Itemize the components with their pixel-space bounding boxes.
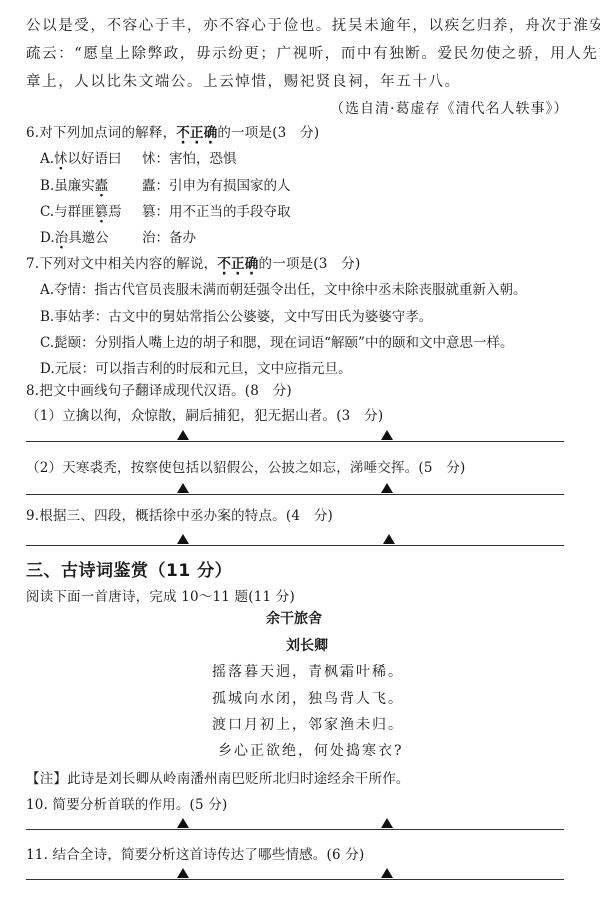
q7-option-b: B.事姑孝：古文中的舅姑常指公公婆婆，文中写田氏为婆婆守孝。 xyxy=(40,305,432,325)
answer-marker-icon xyxy=(177,868,189,878)
poem-note: 【注】此诗是刘长卿从岭南潘州南巴贬所北归时途经余干所作。 xyxy=(26,767,410,787)
poem-line-2: 孤城向水闭，独鸟背人飞。 xyxy=(212,688,404,708)
answer-line[interactable] xyxy=(26,545,564,546)
dotted-char: 怵 xyxy=(54,151,68,167)
q6-option-b-gloss: 蠹：引申为有损国家的人 xyxy=(142,174,291,194)
option-text: 虽廉实 xyxy=(54,178,95,194)
option-text: 具邀公 xyxy=(68,230,109,246)
option-label: A. xyxy=(40,151,54,167)
question-8-part-2: （2）天寒裘秃，按察使包括以貂假公，公披之如忘，涕唾交挥。(5 分) xyxy=(26,456,466,476)
poem-title: 余干旅舍 xyxy=(266,608,322,628)
dotted-char: 篡 xyxy=(95,204,109,220)
section-heading: 三、古诗词鉴赏（11 分） xyxy=(26,556,232,581)
answer-marker-icon xyxy=(381,483,393,493)
dotted-char: 治 xyxy=(55,230,69,246)
question-8: 8.把文中画线句子翻译成现代汉语。(8 分) xyxy=(26,379,292,399)
poem-line-1: 摇落暮天迥，青枫霜叶稀。 xyxy=(212,661,404,681)
q6-option-b: B.虽廉实蠹 xyxy=(40,174,108,194)
answer-marker-icon xyxy=(177,430,189,440)
answer-marker-icon xyxy=(381,818,393,828)
answer-marker-icon xyxy=(381,868,393,878)
q7-option-a: A.夺情：指古代官员丧服未满而朝廷强令出任，文中徐中丞未除丧服就重新入朝。 xyxy=(40,278,527,298)
answer-marker-icon xyxy=(177,483,189,493)
emphasis-char: 正 xyxy=(231,256,245,272)
question-7: 7.下列对文中相关内容的解说，不正确的一项是(3 分) xyxy=(26,252,360,272)
answer-marker-icon xyxy=(381,430,393,440)
q6-option-a: A.怵以好语曰 xyxy=(40,147,122,167)
emphasis-char: 不 xyxy=(176,125,190,141)
q6-option-d-gloss: 治：备办 xyxy=(142,226,196,246)
answer-line[interactable] xyxy=(26,441,564,442)
answer-line[interactable] xyxy=(26,494,564,495)
answer-line[interactable] xyxy=(26,829,564,830)
question-10: 10. 简要分析首联的作用。(5 分) xyxy=(26,793,227,813)
option-text: 与群匪 xyxy=(54,204,95,220)
emphasis-char: 不 xyxy=(217,256,231,272)
poem-line-3: 渡口月初上，邻家渔未归。 xyxy=(212,714,404,734)
answer-marker-icon xyxy=(383,534,395,544)
question-11: 11. 结合全诗，简要分析这首诗传达了哪些情感。(6 分) xyxy=(26,843,364,863)
option-text: 焉 xyxy=(108,204,122,220)
q6-option-c-gloss: 篡：用不正当的手段夺取 xyxy=(142,200,291,220)
question-6-suffix: 的一项是(3 分) xyxy=(217,125,319,141)
dotted-char: 蠹 xyxy=(95,178,109,194)
answer-marker-icon xyxy=(177,818,189,828)
answer-marker-icon xyxy=(177,534,189,544)
question-6-prefix: 6.对下列加点词的解释， xyxy=(26,125,176,141)
answer-line[interactable] xyxy=(26,879,564,880)
question-7-suffix: 的一项是(3 分) xyxy=(259,256,361,272)
passage-line-2: 疏云：“愿皇上除弊政，毋示纷更；广视听，而中有独断。爱民勿使之骄，用人先求其直。… xyxy=(26,42,600,63)
option-label: D. xyxy=(40,230,55,246)
passage-line-3: 章上，人以比朱文端公。上云悼惜，赐祀贤良祠，年五十八。 xyxy=(26,70,461,91)
q7-option-d: D.元辰：可以指吉利的时辰和元旦，文中应指元旦。 xyxy=(40,357,352,377)
question-6: 6.对下列加点词的解释，不正确的一项是(3 分) xyxy=(26,121,319,141)
section-instruction: 阅读下面一首唐诗，完成 10～11 题(11 分) xyxy=(26,585,295,605)
question-7-prefix: 7.下列对文中相关内容的解说， xyxy=(26,256,217,272)
emphasis-char: 确 xyxy=(245,256,259,272)
poem-line-4: 乡心正欲绝，何处捣寒衣? xyxy=(218,740,404,760)
emphasis-char: 确 xyxy=(204,125,218,141)
q6-option-a-gloss: 怵：害怕，恐惧 xyxy=(142,147,237,167)
emphasis-char: 正 xyxy=(190,125,204,141)
question-8-part-1: （1）立擒以徇，众惊散，嗣后捕犯，犯无据山者。(3 分) xyxy=(26,404,383,424)
q6-option-c: C.与群匪篡焉 xyxy=(40,200,122,220)
passage-line-1: 公以是受，不容心于丰，亦不容心于俭也。抚吴未逾年，以疾乞归养，舟次于淮安卒。其遗 xyxy=(26,14,600,35)
poem-author: 刘长卿 xyxy=(286,635,328,655)
option-label: C. xyxy=(40,204,54,220)
q7-option-c: C.髭颐：分别指人嘴上边的胡子和腮，现在词语“解颐”中的颐和文中意思一样。 xyxy=(40,331,513,351)
q6-option-d: D.治具邀公 xyxy=(40,226,109,246)
question-9: 9.根据三、四段，概括徐中丞办案的特点。(4 分) xyxy=(26,504,333,524)
option-text: 以好语曰 xyxy=(68,151,122,167)
passage-source: （选自清·葛虚存《清代名人轶事》） xyxy=(330,98,568,118)
option-label: B. xyxy=(40,178,54,194)
